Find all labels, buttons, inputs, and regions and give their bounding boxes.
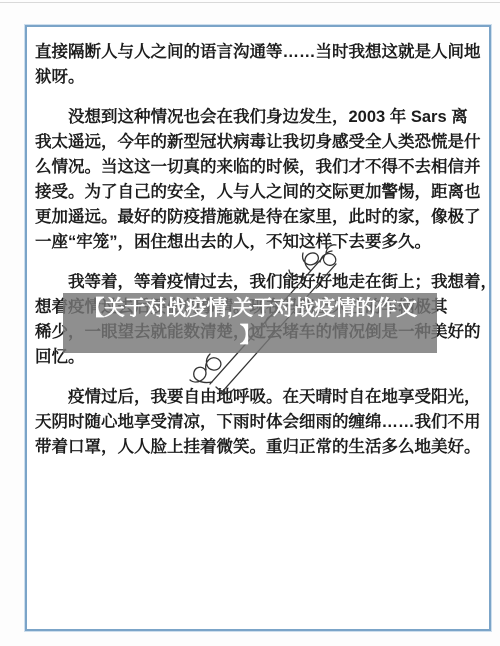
- text-line: 一座“牢笼”，困住想出去的人，不知这样下去要多久。: [35, 230, 481, 255]
- text-line: 我太遥远，今年的新型冠状病毒让我切身感受全人类恐慌是什: [35, 130, 481, 155]
- text-line: 直接隔断人与人之间的语言沟通等……当时我想这就是人间地: [35, 40, 481, 65]
- text-line: 更加遥远。最好的防疫措施就是待在家里，此时的家，像极了: [35, 205, 481, 230]
- banner-title-line-2: 】: [63, 322, 437, 349]
- top-divider: [0, 2, 500, 3]
- text-line: 疫情过后，我要自由地呼吸。在天晴时自在地享受阳光，: [35, 385, 481, 410]
- text-line: 带着口罩，人人脸上挂着微笑。重归正常的生活多么地美好。: [35, 435, 481, 460]
- text-line: 接受。为了自己的安全，人与人之间的交际更加警惕，距离也: [35, 180, 481, 205]
- paragraph: 疫情过后，我要自由地呼吸。在天晴时自在地享受阳光， 天阴时随心地享受清凉，下雨时…: [35, 385, 481, 460]
- text-line: 天阴时随心地享受清凉，下雨时体会细雨的缠绵……我们不用: [35, 410, 481, 435]
- paragraph: 直接隔断人与人之间的语言沟通等……当时我想这就是人间地 狱呀。: [35, 40, 481, 90]
- text-line: 狱呀。: [35, 65, 481, 90]
- text-line: 么情况。当这这一切真的来临的时候，我们才不得不去相信并: [35, 155, 481, 180]
- paragraph: 没想到这种情况也会在我们身边发生，2003 年 Sars 离 我太遥远，今年的新…: [35, 105, 481, 255]
- text-line: 我等着，等着疫情过去，我们能好好地走在街上；我想着，: [35, 270, 481, 295]
- banner-title-line-1: 【关于对战疫情,关于对战疫情的作文: [63, 295, 437, 322]
- title-watermark-banner: 【关于对战疫情,关于对战疫情的作文 】: [63, 293, 437, 353]
- text-line: 没想到这种情况也会在我们身边发生，2003 年 Sars 离: [35, 105, 481, 130]
